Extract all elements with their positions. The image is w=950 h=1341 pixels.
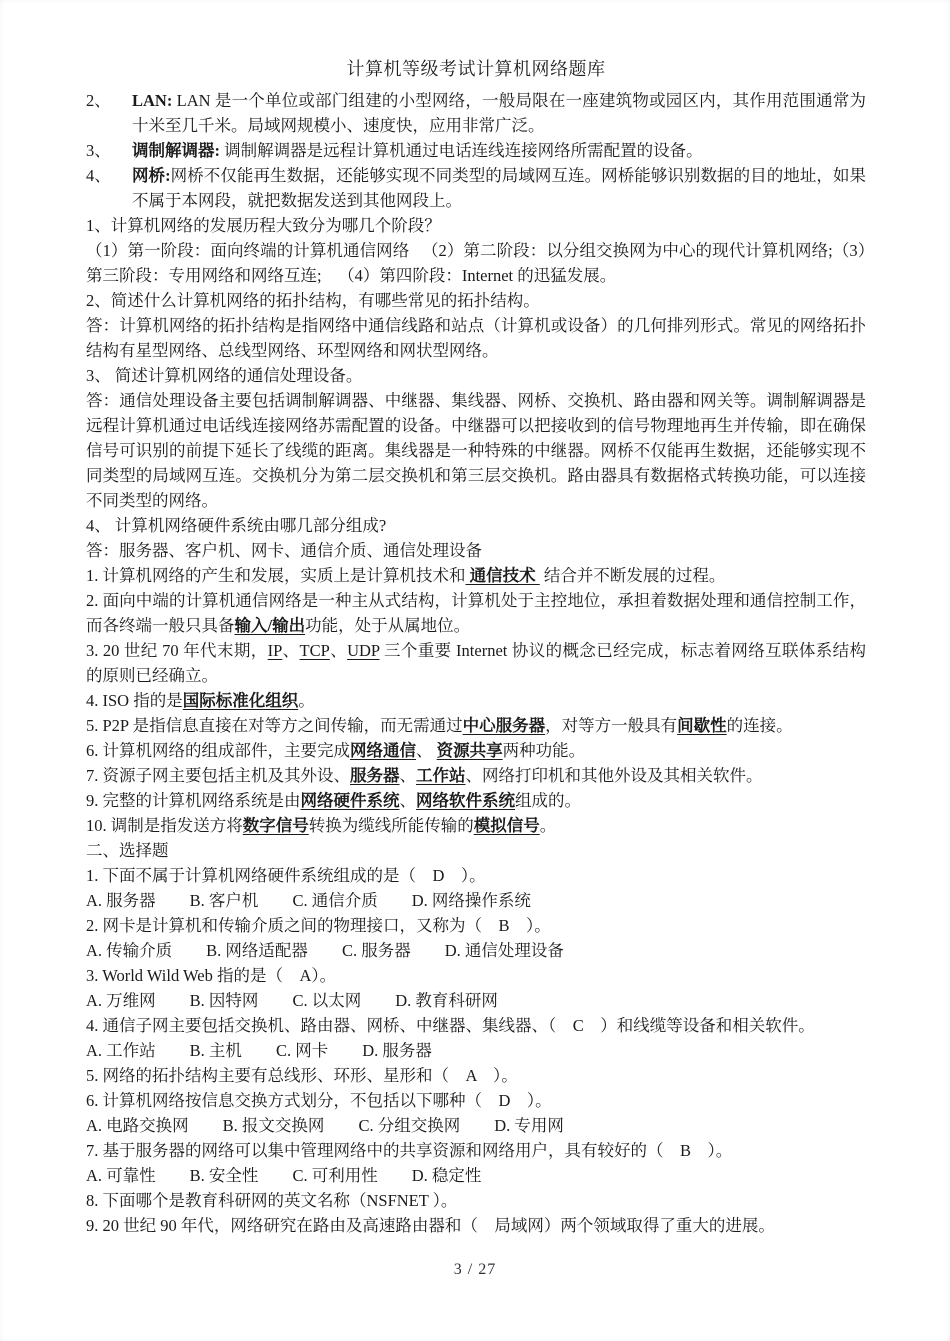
- option: D. 网络操作系统: [412, 888, 531, 913]
- text-run: 1. 计算机网络的产生和发展，实质上是计算机技术和: [86, 566, 466, 585]
- options-row: A. 服务器B. 客户机C. 通信介质D. 网络操作系统: [86, 888, 866, 913]
- blank-answer: 模拟信号: [474, 816, 540, 835]
- option: D. 服务器: [362, 1038, 432, 1063]
- text-run: （1）第一阶段：面向终端的计算机通信网络 （2）第二阶段：以分组交换网为中心的现…: [86, 241, 866, 285]
- question: 5. 网络的拓扑结构主要有总线形、环形、星形和（ A ）。: [86, 1063, 866, 1088]
- paragraph: （1）第一阶段：面向终端的计算机通信网络 （2）第二阶段：以分组交换网为中心的现…: [86, 238, 866, 288]
- text-run: 、: [416, 741, 437, 760]
- text-run: 2. 面向中端的计算机通信网络是一种主从式结构，计算机处于主控地位，承担着数据处…: [86, 591, 866, 635]
- text-run: 、网络打印机和其他外设及其相关软件。: [466, 766, 763, 785]
- blank-answer: 服务器: [350, 766, 400, 785]
- option: C. 以太网: [292, 988, 361, 1013]
- options-row: A. 万维网B. 因特网C. 以太网D. 教育科研网: [86, 988, 866, 1013]
- blank-answer: 间歇性: [677, 716, 727, 735]
- question: 4. 通信子网主要包括交换机、路由器、网桥、中继器、集线器、（ C ）和线缆等设…: [86, 1013, 866, 1038]
- text-run: 网桥:: [132, 166, 171, 185]
- page-title: 计算机等级考试计算机网络题库: [86, 56, 866, 82]
- options-row: A. 传输介质B. 网络适配器C. 服务器D. 通信处理设备: [86, 938, 866, 963]
- text-run: 功能，处于从属地位。: [305, 616, 470, 635]
- paragraph: 4、 计算机网络硬件系统由哪几部分组成?: [86, 513, 866, 538]
- text-run: 调制解调器:: [132, 141, 224, 160]
- option: A. 电路交换网: [86, 1113, 189, 1138]
- option: C. 服务器: [342, 938, 411, 963]
- option: D. 稳定性: [412, 1163, 482, 1188]
- blank-answer: 网络软件系统: [416, 791, 515, 810]
- blank-answer: IP: [268, 641, 283, 660]
- text-run: 答：通信处理设备主要包括调制解调器、中继器、集线器、网桥、交换机、路由器和网关等…: [86, 391, 866, 510]
- paragraph: 答：通信处理设备主要包括调制解调器、中继器、集线器、网桥、交换机、路由器和网关等…: [86, 388, 866, 513]
- option: A. 可靠性: [86, 1163, 156, 1188]
- option: B. 客户机: [190, 888, 259, 913]
- option: A. 传输介质: [86, 938, 172, 963]
- option: B. 因特网: [190, 988, 259, 1013]
- text-run: LAN:: [132, 91, 177, 110]
- paragraph: 3. 20 世纪 70 年代末期，IP、TCP、UDP 三个重要 Interne…: [86, 638, 866, 688]
- text-run: 9. 20 世纪 90 年代，网络研究在路由及高速路由器和（ 局域网）两个领域取…: [86, 1216, 775, 1235]
- option: D. 通信处理设备: [445, 938, 564, 963]
- text-run: 3. World Wild Web 指的是（ A）。: [86, 966, 336, 985]
- option: B. 主机: [190, 1038, 242, 1063]
- text-run: 4、 计算机网络硬件系统由哪几部分组成?: [86, 516, 386, 535]
- page-footer: 3 / 27: [0, 1261, 950, 1279]
- paragraph: 9. 完整的计算机网络系统是由网络硬件系统、网络软件系统组成的。: [86, 788, 866, 813]
- text-run: 、: [400, 766, 417, 785]
- definition-item: 3、调制解调器: 调制解调器是远程计算机通过电话连线连接网络所需配置的设备。: [86, 138, 866, 163]
- option: D. 专用网: [494, 1113, 564, 1138]
- paragraph: 3、 简述计算机网络的通信处理设备。: [86, 363, 866, 388]
- text-run: 1. 下面不属于计算机网络硬件系统组成的是（ D ）。: [86, 866, 486, 885]
- text-run: 答：服务器、客户机、网卡、通信介质、通信处理设备: [86, 541, 482, 560]
- text-run: 5. P2P 是指信息直接在对等方之间传输，而无需通过: [86, 716, 463, 735]
- text-run: 两种功能。: [503, 741, 586, 760]
- option: B. 安全性: [190, 1163, 259, 1188]
- text-run: 、: [282, 641, 299, 660]
- paragraph: 10. 调制是指发送方将数字信号转换为缆线所能传输的模拟信号。: [86, 813, 866, 838]
- text-run: ，对等方一般具有: [545, 716, 677, 735]
- text-run: 的连接。: [727, 716, 793, 735]
- list-number: 4、: [86, 163, 130, 188]
- option: B. 网络适配器: [206, 938, 308, 963]
- paragraph: 1、计算机网络的发展历程大致分为哪几个阶段？: [86, 213, 866, 238]
- options-row: A. 电路交换网B. 报文交换网C. 分组交换网D. 专用网: [86, 1113, 866, 1138]
- blank-answer: 资源共享: [437, 741, 503, 760]
- text-run: 4. ISO 指的是: [86, 691, 183, 710]
- text-run: 9. 完整的计算机网络系统是由: [86, 791, 301, 810]
- text-run: 2、简述什么计算机网络的拓扑结构，有哪些常见的拓扑结构。: [86, 291, 540, 310]
- paragraph: 答：服务器、客户机、网卡、通信介质、通信处理设备: [86, 538, 866, 563]
- paragraph: 答：计算机网络的拓扑结构是指网络中通信线路和站点（计算机或设备）的几何排列形式。…: [86, 313, 866, 363]
- blank-answer: UDP: [347, 641, 379, 660]
- text-run: 答：计算机网络的拓扑结构是指网络中通信线路和站点（计算机或设备）的几何排列形式。…: [86, 316, 866, 360]
- option: C. 通信介质: [292, 888, 377, 913]
- blank-answer: 网络通信: [350, 741, 416, 760]
- question: 6. 计算机网络按信息交换方式划分，不包括以下哪种（ D ）。: [86, 1088, 866, 1113]
- paragraph: 4. ISO 指的是国际标准化组织。: [86, 688, 866, 713]
- option: C. 分组交换网: [358, 1113, 460, 1138]
- text-run: 7. 基于服务器的网络可以集中管理网络中的共享资源和网络用户，具有较好的（ B …: [86, 1141, 732, 1160]
- blank-answer: 数字信号: [243, 816, 309, 835]
- page-content: 2、LAN: LAN 是一个单位或部门组建的小型网络，一般局限在一座建筑物或园区…: [86, 88, 866, 1238]
- option: D. 教育科研网: [395, 988, 498, 1013]
- question: 1. 下面不属于计算机网络硬件系统组成的是（ D ）。: [86, 863, 866, 888]
- text-run: 4. 通信子网主要包括交换机、路由器、网桥、中继器、集线器、（ C ）和线缆等设…: [86, 1016, 815, 1035]
- option: A. 万维网: [86, 988, 156, 1013]
- text-run: 8. 下面哪个是教育科研网的英文名称（NSFNET ）。: [86, 1191, 457, 1210]
- text-run: 、: [330, 641, 347, 660]
- question: 8. 下面哪个是教育科研网的英文名称（NSFNET ）。: [86, 1188, 866, 1213]
- blank-answer: 工作站: [416, 766, 466, 785]
- option: B. 报文交换网: [223, 1113, 325, 1138]
- options-row: A. 可靠性B. 安全性C. 可利用性D. 稳定性: [86, 1163, 866, 1188]
- text-run: 6. 计算机网络的组成部件，主要完成: [86, 741, 350, 760]
- paragraph: 7. 资源子网主要包括主机及其外设、服务器、工作站、网络打印机和其他外设及其相关…: [86, 763, 866, 788]
- text-run: 调制解调器是远程计算机通过电话连线连接网络所需配置的设备。: [224, 141, 703, 160]
- text-run: 。: [298, 691, 315, 710]
- question: 9. 20 世纪 90 年代，网络研究在路由及高速路由器和（ 局域网）两个领域取…: [86, 1213, 866, 1238]
- blank-answer: 国际标准化组织: [183, 691, 299, 710]
- section-heading: 二、选择题: [86, 838, 866, 863]
- paragraph: 2、简述什么计算机网络的拓扑结构，有哪些常见的拓扑结构。: [86, 288, 866, 313]
- text-run: 10. 调制是指发送方将: [86, 816, 243, 835]
- blank-answer: TCP: [300, 641, 330, 660]
- question: 2. 网卡是计算机和传输介质之间的物理接口，又称为（ B ）。: [86, 913, 866, 938]
- definition-item: 4、网桥:网桥不仅能再生数据，还能够实现不同类型的局域网互连。网桥能够识别数据的…: [86, 163, 866, 213]
- list-number: 2、: [86, 88, 130, 113]
- blank-answer: 输入/输出: [235, 616, 306, 635]
- definition-item: 2、LAN: LAN 是一个单位或部门组建的小型网络，一般局限在一座建筑物或园区…: [86, 88, 866, 138]
- text-run: 1、计算机网络的发展历程大致分为哪几个阶段？: [86, 216, 441, 235]
- paragraph: 2. 面向中端的计算机通信网络是一种主从式结构，计算机处于主控地位，承担着数据处…: [86, 588, 866, 638]
- text-run: 结合并不断发展的过程。: [540, 566, 726, 585]
- text-run: 7. 资源子网主要包括主机及其外设、: [86, 766, 350, 785]
- text-run: 2. 网卡是计算机和传输介质之间的物理接口，又称为（ B ）。: [86, 916, 551, 935]
- option: A. 服务器: [86, 888, 156, 913]
- text-run: 转换为缆线所能传输的: [309, 816, 474, 835]
- paragraph: 1. 计算机网络的产生和发展，实质上是计算机技术和 通信技术 结合并不断发展的过…: [86, 563, 866, 588]
- option: C. 网卡: [276, 1038, 328, 1063]
- text-run: 3. 20 世纪 70 年代末期，: [86, 641, 268, 660]
- text-run: 、: [400, 791, 417, 810]
- options-row: A. 工作站B. 主机C. 网卡D. 服务器: [86, 1038, 866, 1063]
- document-page: 计算机等级考试计算机网络题库 2、LAN: LAN 是一个单位或部门组建的小型网…: [0, 0, 950, 1341]
- text-run: 3、 简述计算机网络的通信处理设备。: [86, 366, 362, 385]
- blank-answer: 网络硬件系统: [301, 791, 400, 810]
- text-run: 。: [540, 816, 557, 835]
- option: A. 工作站: [86, 1038, 156, 1063]
- paragraph: 6. 计算机网络的组成部件，主要完成网络通信、 资源共享两种功能。: [86, 738, 866, 763]
- text-run: 5. 网络的拓扑结构主要有总线形、环形、星形和（ A ）。: [86, 1066, 518, 1085]
- text-run: LAN 是一个单位或部门组建的小型网络，一般局限在一座建筑物或园区内，其作用范围…: [132, 91, 866, 135]
- question: 3. World Wild Web 指的是（ A）。: [86, 963, 866, 988]
- text-run: 6. 计算机网络按信息交换方式划分，不包括以下哪种（ D ）。: [86, 1091, 552, 1110]
- list-number: 3、: [86, 138, 130, 163]
- option: C. 可利用性: [292, 1163, 377, 1188]
- blank-answer: 通信技术: [466, 566, 540, 585]
- blank-answer: 中心服务器: [463, 716, 546, 735]
- text-run: 二、选择题: [86, 841, 169, 860]
- text-run: 组成的。: [515, 791, 581, 810]
- paragraph: 5. P2P 是指信息直接在对等方之间传输，而无需通过中心服务器，对等方一般具有…: [86, 713, 866, 738]
- question: 7. 基于服务器的网络可以集中管理网络中的共享资源和网络用户，具有较好的（ B …: [86, 1138, 866, 1163]
- text-run: 网桥不仅能再生数据，还能够实现不同类型的局域网互连。网桥能够识别数据的目的地址，…: [132, 166, 866, 210]
